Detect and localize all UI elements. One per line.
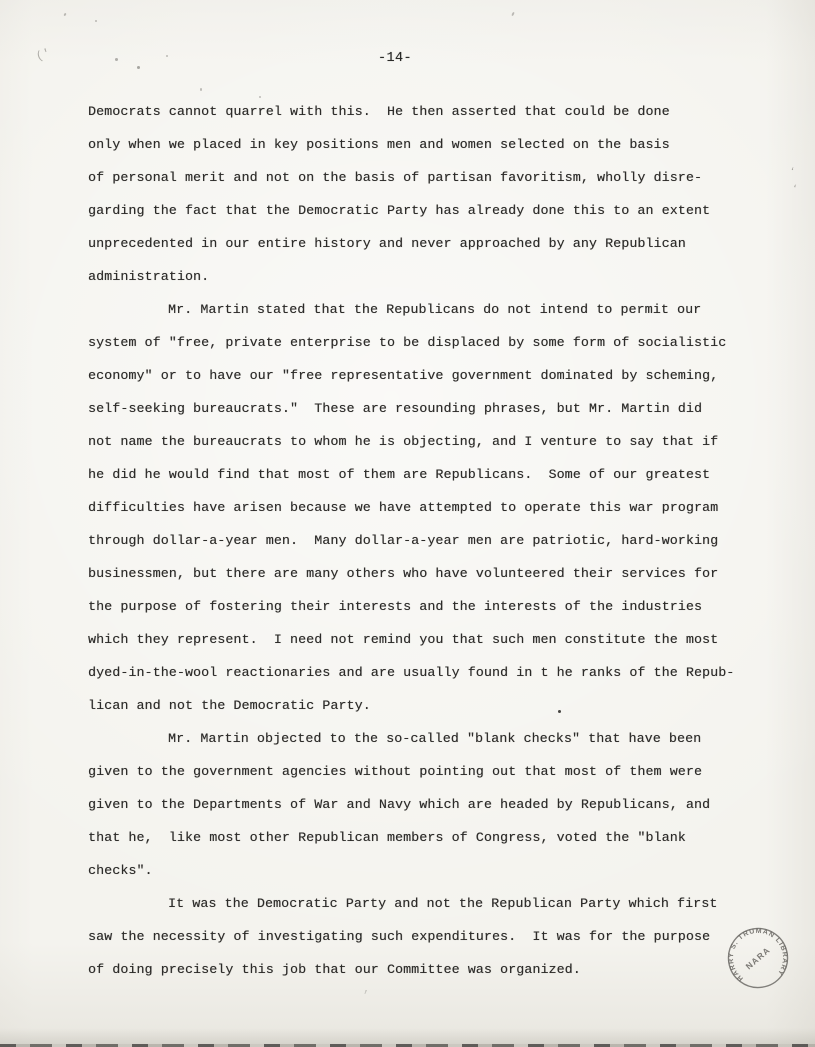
text-line: administration. [88,260,753,293]
text-line-paragraph-start: Mr. Martin objected to the so-called "bl… [88,722,753,755]
text-line: given to the Departments of War and Navy… [88,788,753,821]
text-line: of doing precisely this job that our Com… [88,953,753,986]
page-number: -14- [0,51,790,66]
paper-speck [259,96,261,98]
text-line: system of "free, private enterprise to b… [88,326,753,359]
stamp-center-text: NARA [744,945,773,972]
text-line: difficulties have arisen because we have… [88,491,753,524]
text-line: Democrats cannot quarrel with this. He t… [88,95,753,128]
stray-ink-dot [558,710,561,713]
text-line: only when we placed in key positions men… [88,128,753,161]
text-line: of personal merit and not on the basis o… [88,161,753,194]
document-text: Democrats cannot quarrel with this. He t… [88,95,753,986]
text-line: the purpose of fostering their interests… [88,590,753,623]
text-line-paragraph-start: Mr. Martin stated that the Republicans d… [88,293,753,326]
text-line: through dollar-a-year men. Many dollar-a… [88,524,753,557]
text-line: dyed-in-the-wool reactionaries and are u… [88,656,753,689]
text-line: checks". [88,854,753,887]
text-line: which they represent. I need not remind … [88,623,753,656]
bottom-shading [0,1028,815,1044]
text-line: he did he would find that most of them a… [88,458,753,491]
text-line: that he, like most other Republican memb… [88,821,753,854]
text-line: garding the fact that the Democratic Par… [88,194,753,227]
paper-speck [137,66,140,69]
paper-speck [166,55,168,57]
stray-mark: , [363,982,370,996]
text-line: lican and not the Democratic Party. [88,689,753,722]
text-line: given to the government agencies without… [88,755,753,788]
text-line-paragraph-start: It was the Democratic Party and not the … [88,887,753,920]
text-line: saw the necessity of investigating such … [88,920,753,953]
text-line: economy" or to have our "free representa… [88,359,753,392]
paper-speck [200,88,202,91]
text-line: not name the bureaucrats to whom he is o… [88,425,753,458]
archive-stamp: HARRY S. TRUMAN LIBRARY NARA [720,920,796,996]
text-line: businessmen, but there are many others w… [88,557,753,590]
paper-speck [115,58,118,61]
paper-speck [95,20,97,22]
text-line: unprecedented in our entire history and … [88,227,753,260]
text-line: self-seeking bureaucrats." These are res… [88,392,753,425]
